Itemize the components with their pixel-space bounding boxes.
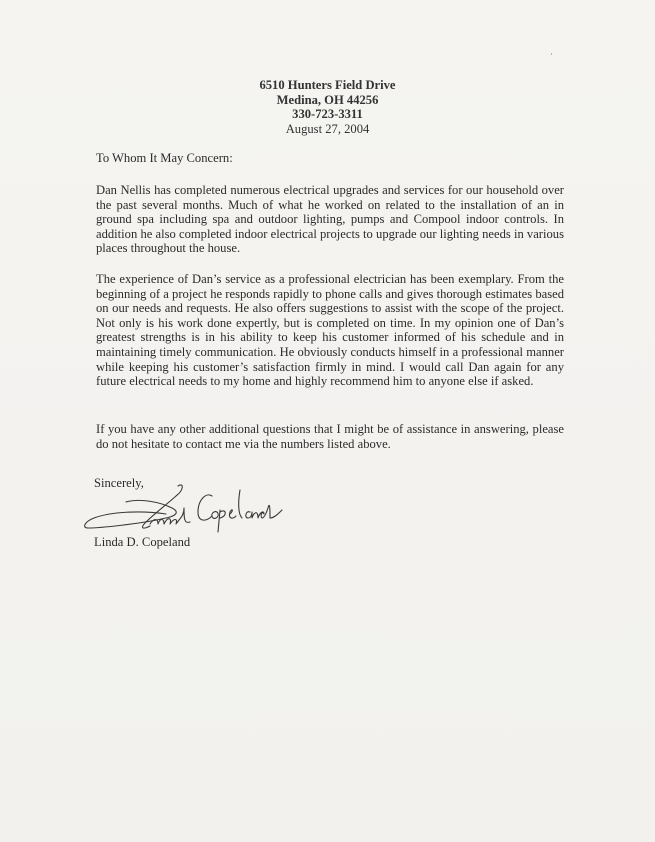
signer-name: Linda D. Copeland [94, 535, 190, 550]
letterhead: 6510 Hunters Field Drive Medina, OH 4425… [0, 78, 655, 136]
paragraph-1: Dan Nellis has completed numerous electr… [96, 183, 564, 256]
handwritten-signature [80, 478, 290, 538]
letterhead-address: 6510 Hunters Field Drive [0, 78, 655, 93]
letterhead-phone: 330-723-3311 [0, 107, 655, 122]
paragraph-2: The experience of Dan’s service as a pro… [96, 272, 564, 389]
paper-speck [551, 53, 552, 55]
letter-page: 6510 Hunters Field Drive Medina, OH 4425… [0, 0, 655, 842]
salutation: To Whom It May Concern: [96, 151, 564, 166]
letter-date: August 27, 2004 [0, 122, 655, 137]
letterhead-city-state-zip: Medina, OH 44256 [0, 93, 655, 108]
paragraph-3: If you have any other additional questio… [96, 422, 564, 451]
